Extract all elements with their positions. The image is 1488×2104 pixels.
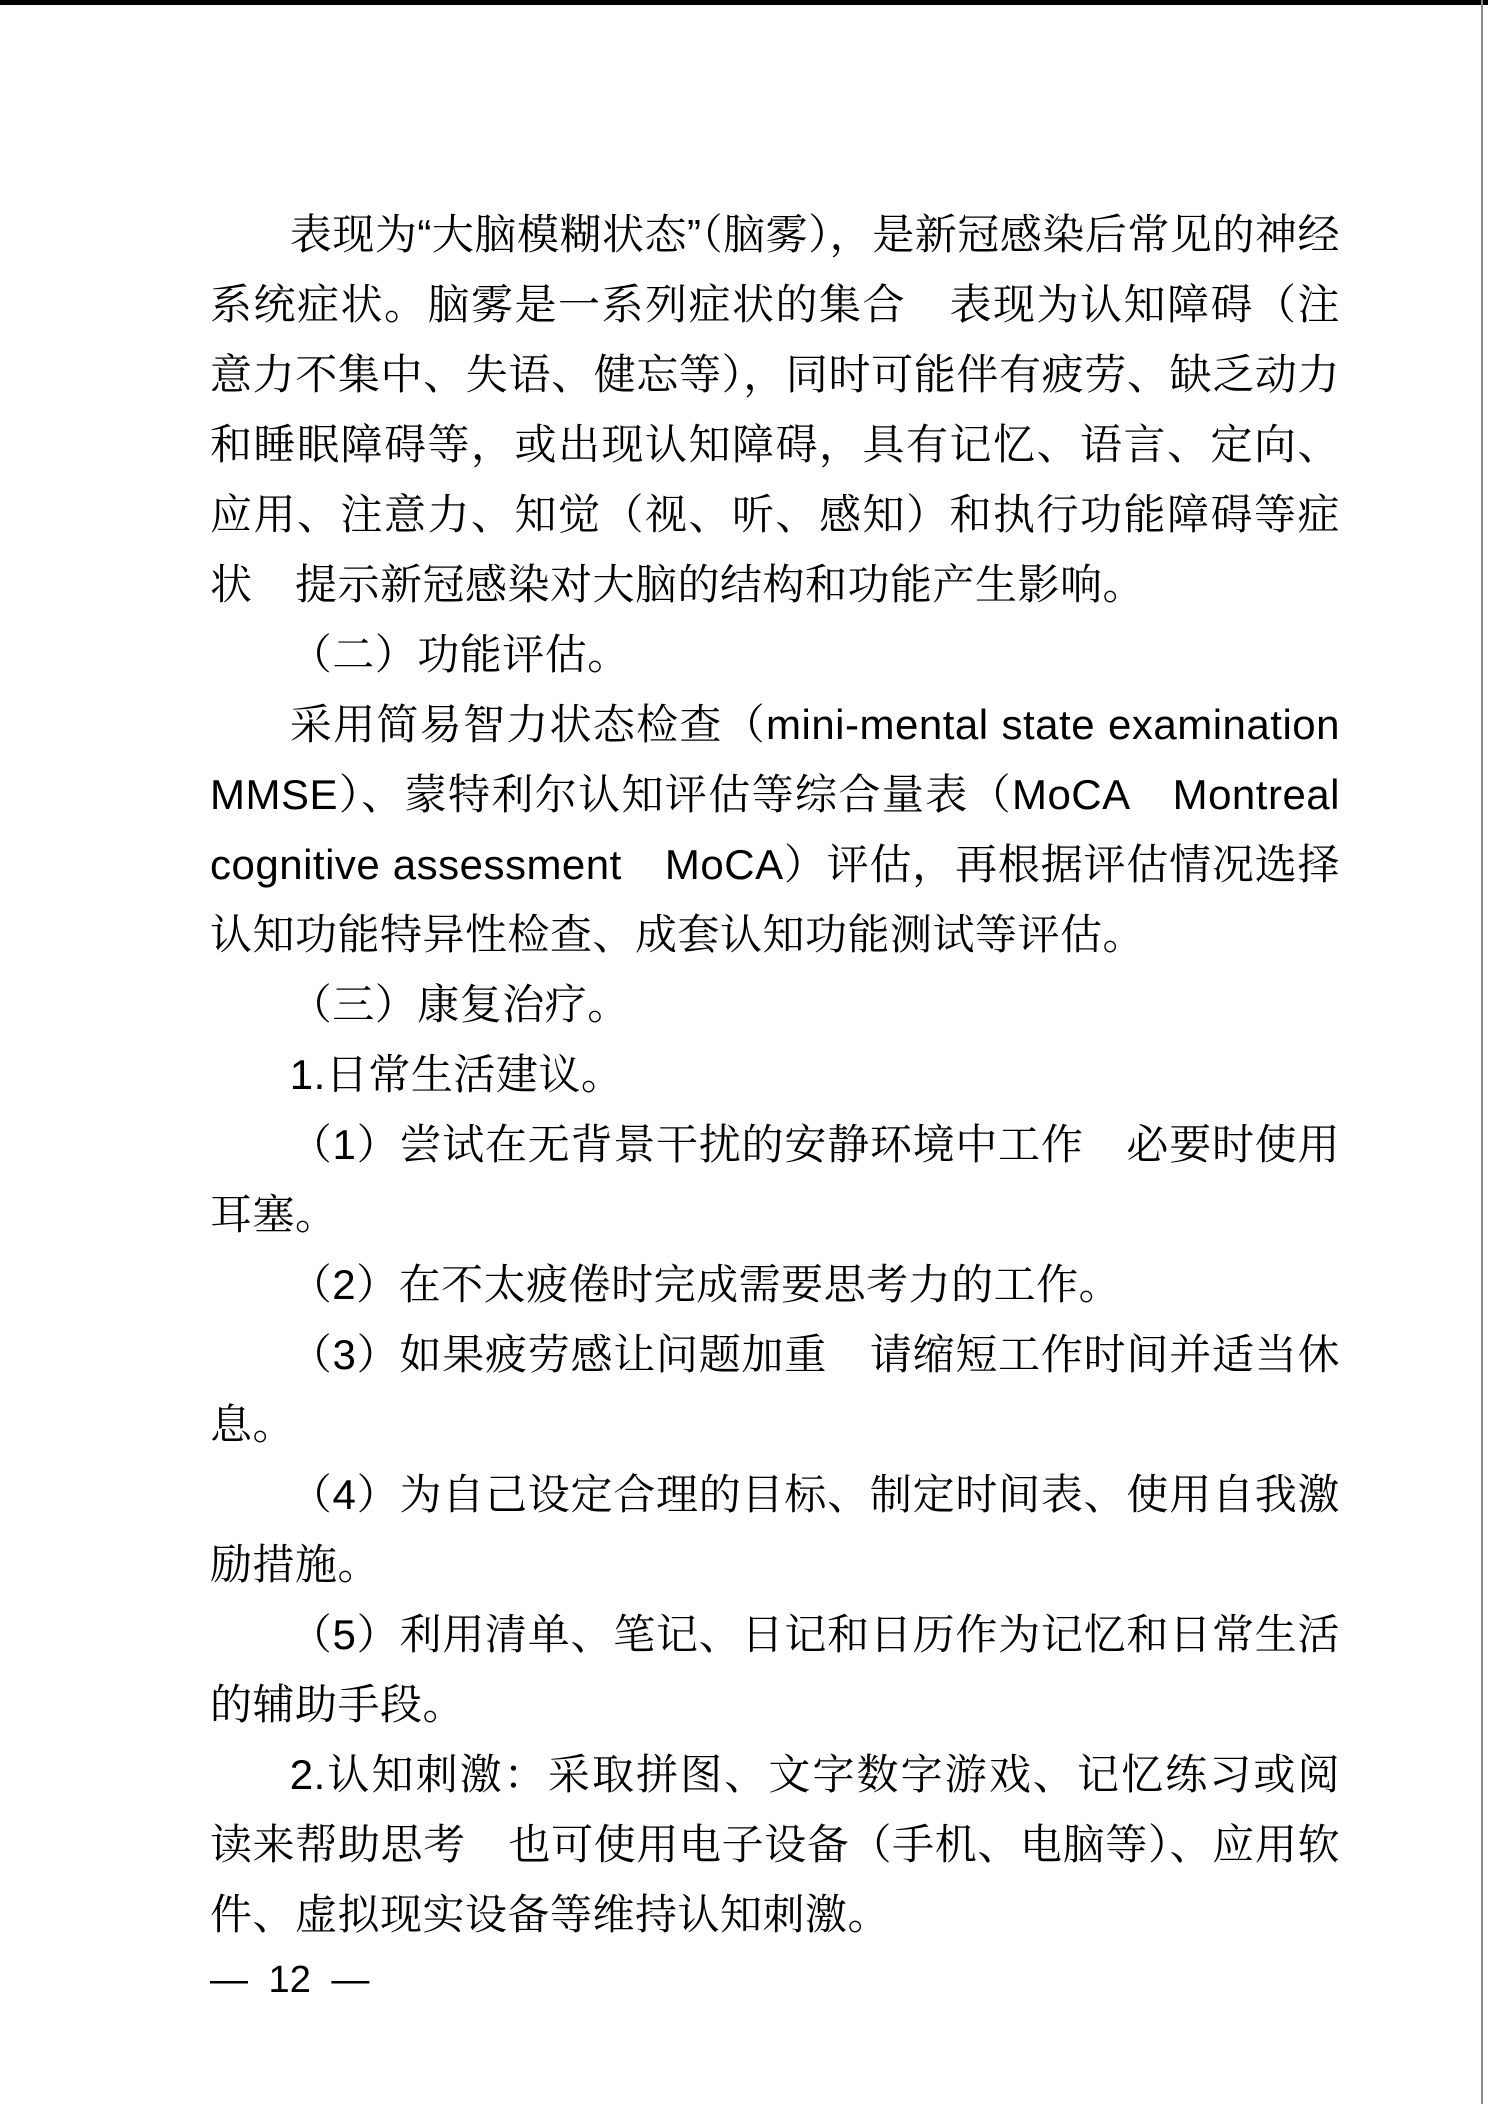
list-item-1-quiet-environment: （1）尝试在无背景干扰的安静环境中工作 必要时使用耳塞。 (210, 1110, 1340, 1250)
paragraph-brain-fog-description: 表现为“大脑模糊状态”（脑雾），是新冠感染后常见的神经系统症状。脑雾是一系列症状… (210, 200, 1340, 620)
heading-section-3-rehabilitation-treatment: （三）康复治疗。 (210, 970, 1340, 1040)
page-number: — 12 — (210, 1958, 369, 2002)
document-page: 表现为“大脑模糊状态”（脑雾），是新冠感染后常见的神经系统症状。脑雾是一系列症状… (0, 0, 1488, 2104)
scan-edge-top (0, 0, 1488, 5)
scan-edge-right (1481, 0, 1483, 2104)
list-item-3-shorten-work-time: （3）如果疲劳感让问题加重 请缩短工作时间并适当休息。 (210, 1320, 1340, 1460)
heading-daily-life-advice: 1.日常生活建议。 (210, 1040, 1340, 1110)
list-item-5-lists-notes-diaries: （5）利用清单、笔记、日记和日历作为记忆和日常生活的辅助手段。 (210, 1600, 1340, 1740)
heading-section-2-function-assessment: （二）功能评估。 (210, 620, 1340, 690)
list-item-2-work-when-less-tired: （2）在不太疲倦时完成需要思考力的工作。 (210, 1250, 1340, 1320)
paragraph-cognitive-stimulation: 2.认知刺激：采取拼图、文字数字游戏、记忆练习或阅读来帮助思考 也可使用电子设备… (210, 1740, 1340, 1950)
paragraph-assessment-scales: 采用简易智力状态检查（mini-mental state examination… (210, 690, 1340, 970)
document-body: 表现为“大脑模糊状态”（脑雾），是新冠感染后常见的神经系统症状。脑雾是一系列症状… (210, 200, 1340, 1950)
list-item-4-reasonable-goals: （4）为自己设定合理的目标、制定时间表、使用自我激励措施。 (210, 1460, 1340, 1600)
